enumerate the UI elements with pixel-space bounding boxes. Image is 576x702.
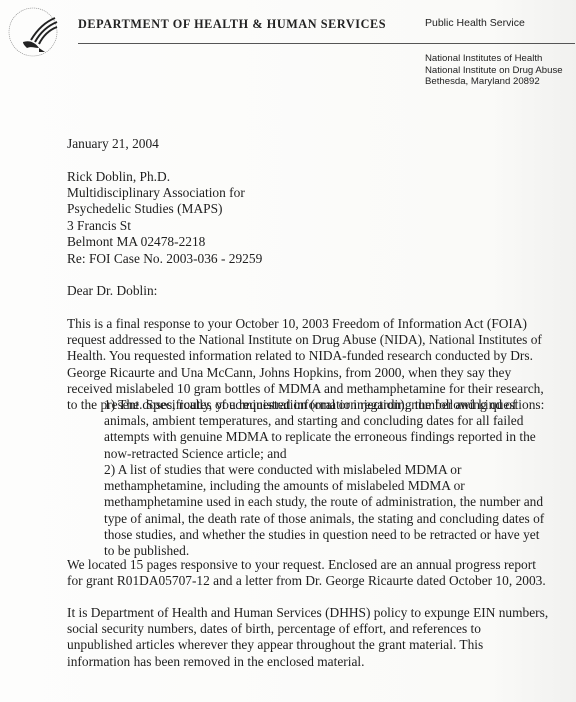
text-line: 1) The doses, routes of administration (…	[104, 397, 536, 413]
text-line: Health. You requested information relate…	[67, 348, 544, 364]
text-line: received mislabeled 10 gram bottles of M…	[67, 381, 544, 397]
paragraph-3: It is Department of Health and Human Ser…	[67, 605, 548, 670]
text-line: It is Department of Health and Human Ser…	[67, 605, 548, 621]
text-line: 2) A list of studies that were conducted…	[104, 462, 544, 478]
text-line: information has been removed in the encl…	[67, 654, 548, 670]
text-line: methamphetamine, including the amounts o…	[104, 478, 544, 494]
text-line: those studies, and whether the studies i…	[104, 527, 544, 543]
text-line: type of animal, the death rate of those …	[104, 511, 544, 527]
agency-line: Bethesda, Maryland 20892	[425, 76, 563, 88]
agency-line: National Institute on Drug Abuse	[425, 65, 563, 77]
question-1: 1) The doses, routes of administration (…	[104, 397, 536, 462]
agency-line: National Institutes of Health	[425, 53, 563, 65]
text-line: George Ricaurte and Una McCann, Johns Ho…	[67, 365, 544, 381]
recipient-line: Psychedelic Studies (MAPS)	[67, 201, 245, 217]
recipient-line: Rick Doblin, Ph.D.	[67, 169, 245, 185]
text-line: This is a final response to your October…	[67, 316, 544, 332]
hhs-eagle-seal-icon	[5, 4, 61, 60]
recipient-address: Rick Doblin, Ph.D. Multidisciplinary Ass…	[67, 169, 245, 250]
department-title: DEPARTMENT OF HEALTH & HUMAN SERVICES	[78, 17, 386, 32]
text-line: attempts with genuine MDMA to replicate …	[104, 429, 536, 445]
question-2: 2) A list of studies that were conducted…	[104, 462, 544, 559]
letter-date: January 21, 2004	[67, 136, 159, 152]
recipient-line: Multidisciplinary Association for	[67, 185, 245, 201]
re-line: Re: FOI Case No. 2003-036 - 29259	[67, 251, 262, 267]
recipient-line: Belmont MA 02478-2218	[67, 234, 245, 250]
salutation: Dear Dr. Doblin:	[67, 283, 157, 299]
text-line: unpublished articles wherever they appea…	[67, 637, 548, 653]
text-line: social security numbers, dates of birth,…	[67, 621, 548, 637]
text-line: now-retracted Science article; and	[104, 446, 536, 462]
recipient-line: 3 Francis St	[67, 218, 245, 234]
paragraph-2: We located 15 pages responsive to your r…	[67, 557, 546, 589]
text-line: We located 15 pages responsive to your r…	[67, 557, 546, 573]
letterhead-rule	[78, 43, 575, 44]
text-line: for grant R01DA05707-12 and a letter fro…	[67, 573, 546, 589]
letter-page: DEPARTMENT OF HEALTH & HUMAN SERVICES Pu…	[0, 0, 576, 702]
public-health-service-label: Public Health Service	[425, 17, 525, 29]
agency-address: National Institutes of Health National I…	[425, 53, 563, 88]
text-line: animals, ambient temperatures, and start…	[104, 413, 536, 429]
text-line: request addressed to the National Instit…	[67, 332, 544, 348]
text-line: methamphetamine used in each study, the …	[104, 494, 544, 510]
